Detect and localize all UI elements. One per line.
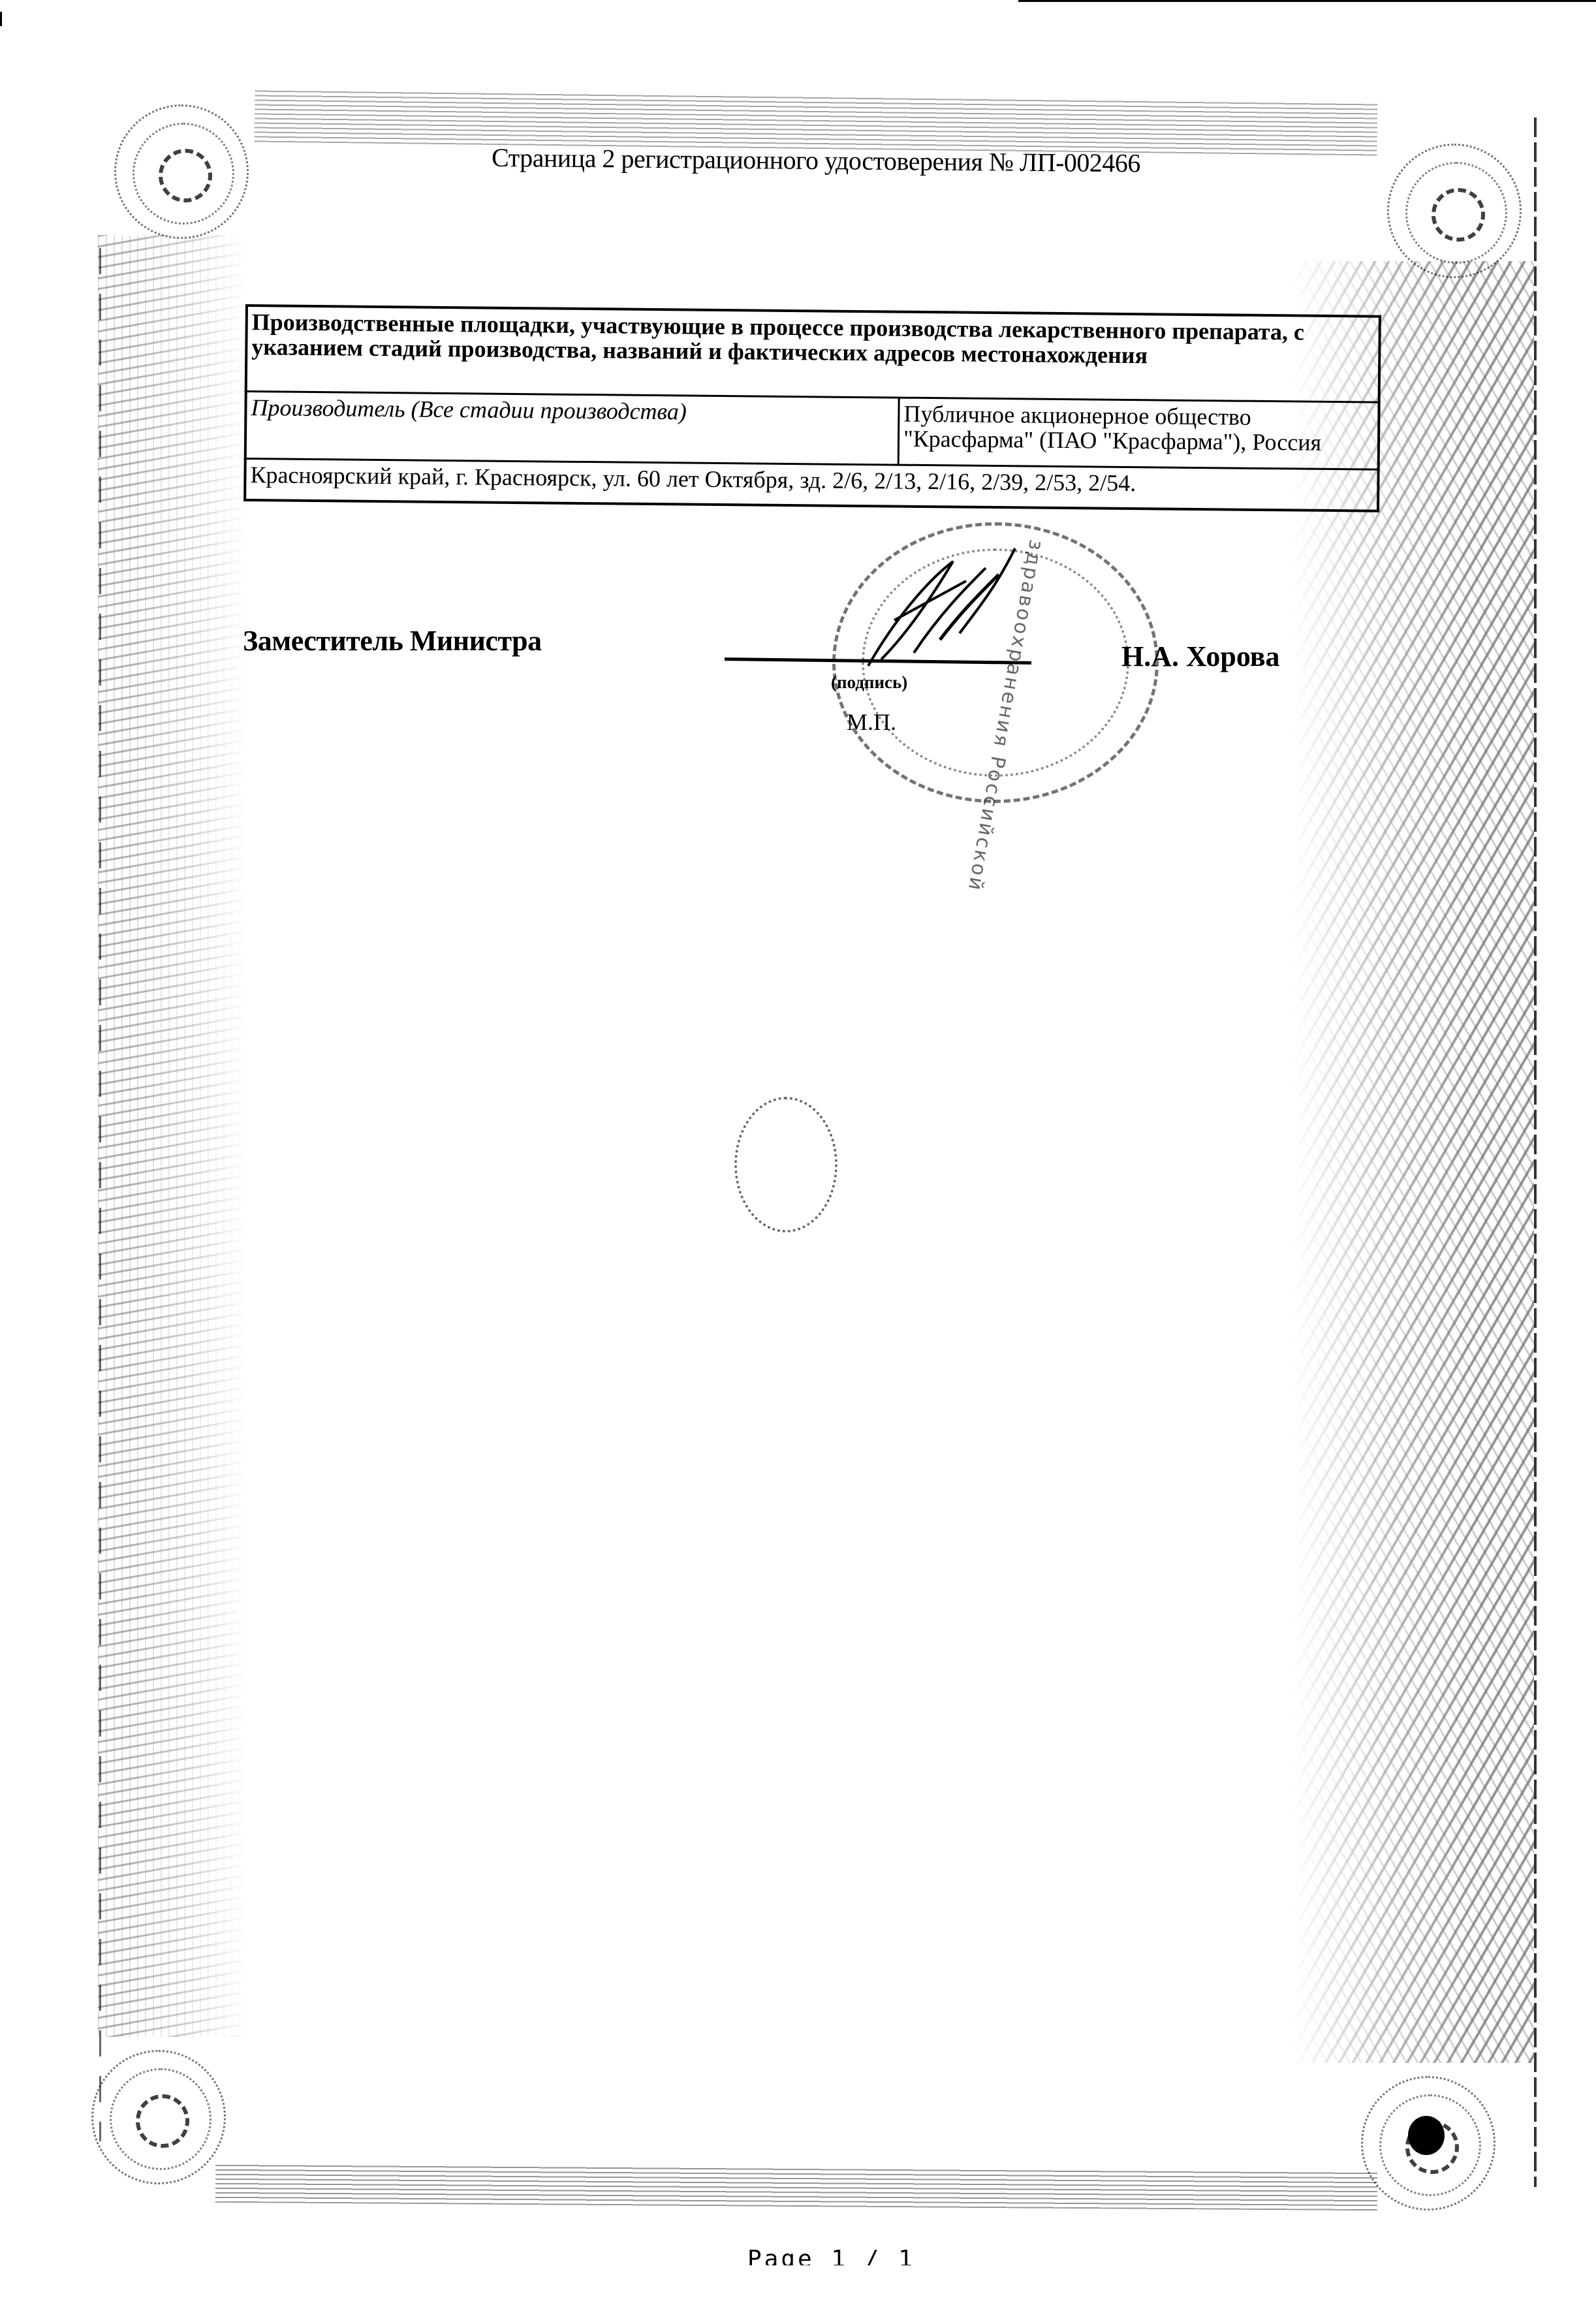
- rosette-ornament-icon: [1387, 144, 1522, 278]
- watermark-emblem-icon: [734, 1097, 837, 1233]
- page-title: Страница 2 регистрационного удостоверени…: [392, 141, 1240, 179]
- ornamental-border-left: [98, 235, 248, 2037]
- rosette-ornament-icon: [114, 104, 249, 239]
- ornamental-border-bottom: [215, 2164, 1377, 2211]
- page-indicator: Page 1 / 1: [747, 2246, 915, 2265]
- seal-place-mark: М.П.: [847, 708, 896, 736]
- scan-edge-mark: [0, 12, 2, 26]
- frame-edge-left: [99, 248, 101, 2141]
- table-heading: Производственные площадки, участвующие в…: [246, 306, 1380, 402]
- ornamental-border-right: [1292, 261, 1534, 2063]
- frame-edge-right: [1534, 118, 1537, 2187]
- handwritten-signature-icon: [855, 542, 1025, 672]
- manufacturer-company-cell: Публичное акционерное общество "Красфарм…: [898, 398, 1379, 469]
- signature-caption: (подпись): [831, 672, 907, 693]
- table-heading-row: Производственные площадки, участвующие в…: [246, 306, 1380, 402]
- manufacturer-role-cell: Производитель (Все стадии производства): [245, 392, 899, 465]
- rosette-ornament-icon: [91, 2050, 226, 2184]
- scan-edge-line: [1018, 0, 1596, 2]
- signatory-position: Заместитель Министра: [243, 624, 542, 657]
- table-row: Производитель (Все стадии производства) …: [245, 392, 1379, 470]
- production-sites-table: Производственные площадки, участвующие в…: [243, 304, 1381, 512]
- document-page: Страница 2 регистрационного удостоверени…: [0, 0, 1596, 2298]
- hole-punch-mark-icon: [1408, 2116, 1445, 2155]
- signatory-name: Н.А. Хорова: [1121, 640, 1280, 673]
